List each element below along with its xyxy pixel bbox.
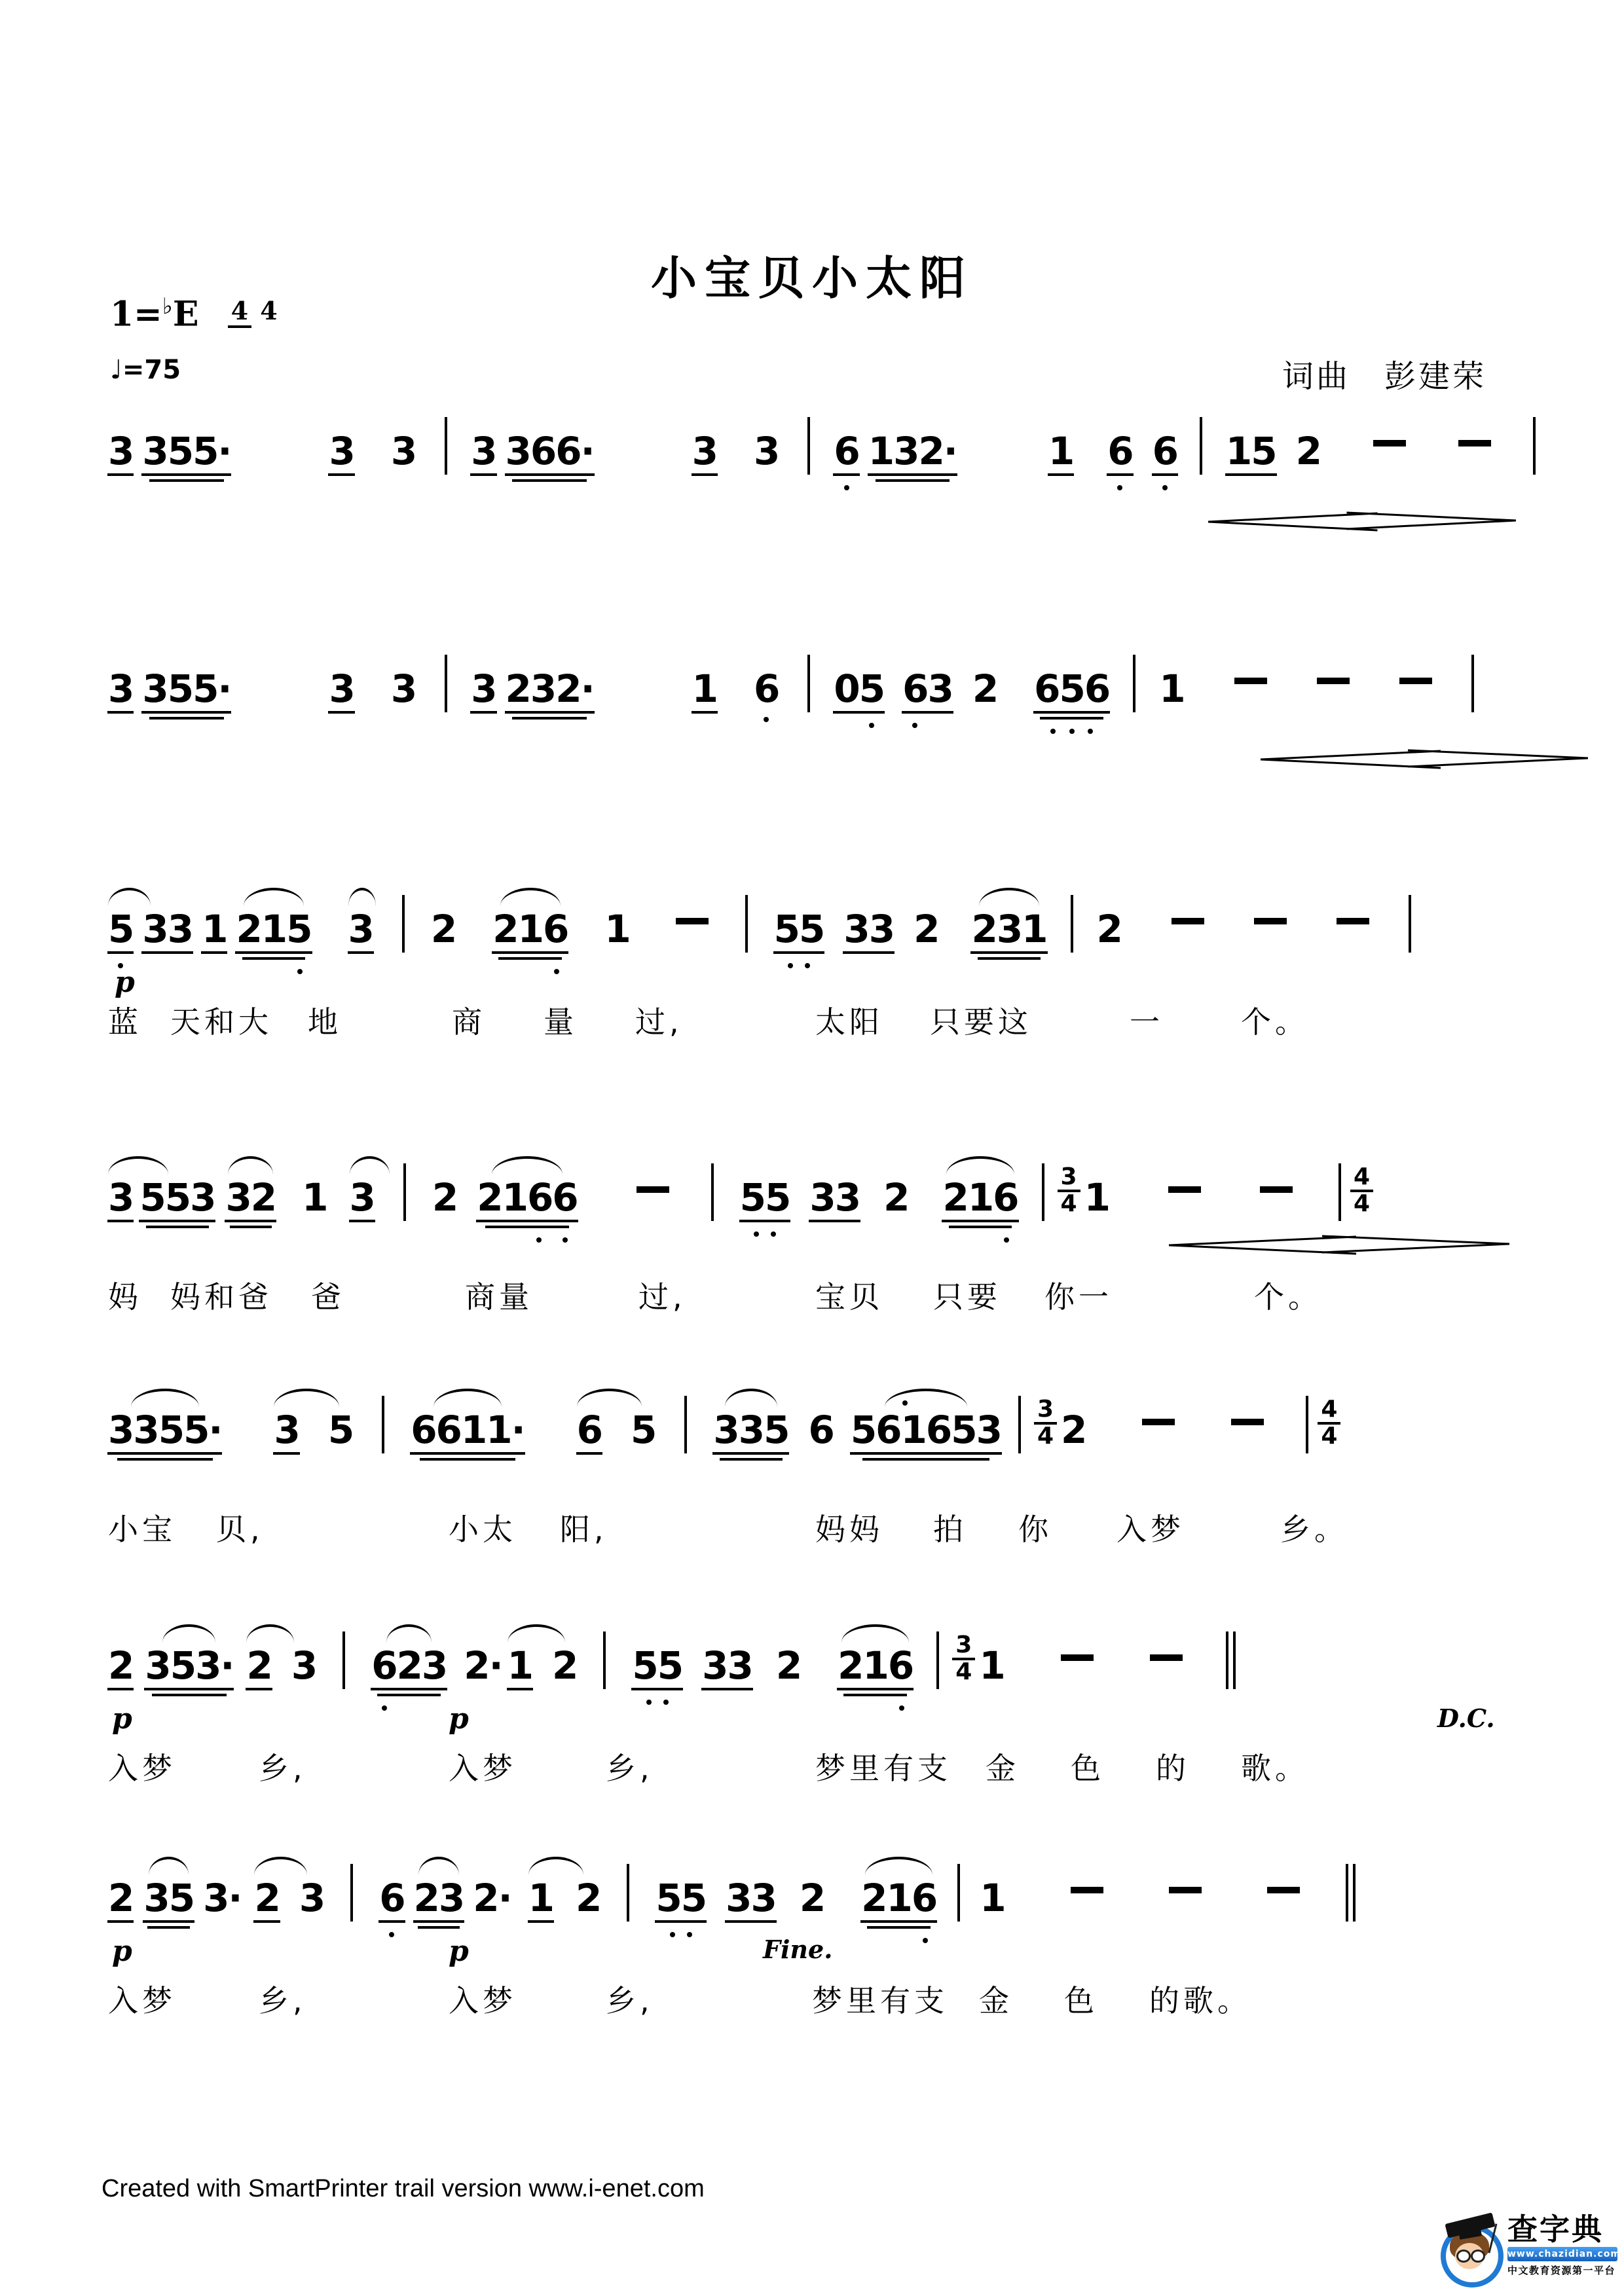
beam-underline (253, 1920, 280, 1923)
note-token: 2 (108, 1879, 133, 1917)
hairpin-dynamic (1261, 748, 1588, 771)
note-token: 216 (838, 1647, 913, 1685)
note-digits: 2 (913, 907, 938, 951)
note-token: 33 (726, 1879, 776, 1917)
note-token: 216 (942, 1178, 1018, 1216)
note-token: 1 (507, 1647, 532, 1685)
lyric: 你一 (1044, 1273, 1113, 1317)
lyric: 过, (635, 998, 683, 1042)
beam-underline (867, 1926, 931, 1929)
time-signature-change: 44 (1350, 1165, 1373, 1216)
sustain-dash (1260, 1186, 1293, 1193)
slur-arc (492, 1156, 562, 1175)
time-signature-change: 44 (1318, 1398, 1340, 1448)
note-token: 3 (299, 1879, 324, 1917)
lyric: 梦里有支 (812, 1977, 948, 2020)
lyric: 一 (1130, 998, 1164, 1042)
note-token: 55 (740, 1178, 790, 1216)
note-token: 132· (868, 432, 957, 470)
flat-icon: ♭ (162, 293, 173, 319)
note-token: 15 (1226, 432, 1276, 470)
note-digits: 231 (971, 907, 1046, 951)
beam-underline (631, 1688, 683, 1690)
slur-arc (946, 1156, 1014, 1175)
barline (1018, 1396, 1021, 1453)
note-digits: 6 (577, 1408, 602, 1452)
sustain-dash (1399, 678, 1432, 684)
double-barline (1226, 1631, 1236, 1689)
sustain-dash (1172, 918, 1204, 924)
lyric: 贝, (216, 1506, 264, 1549)
barline (603, 1631, 606, 1689)
barline (445, 417, 447, 475)
beam-underline (149, 717, 224, 720)
note-digits: 3 (329, 429, 354, 473)
beam-underline (902, 711, 953, 714)
beam-underline (107, 1220, 134, 1222)
beam-underline (868, 473, 957, 476)
barline (627, 1864, 629, 1922)
beam-underline (107, 711, 134, 714)
note-digits: 2 (246, 1643, 271, 1688)
ts-denominator: 4 (1058, 1192, 1080, 1216)
note-token: 32 (225, 1178, 276, 1216)
octave-dot-below (899, 1705, 904, 1711)
note-digits: 05 (834, 666, 884, 711)
note-token: 05 (834, 670, 884, 708)
fine-mark: Fine. (763, 1935, 832, 1964)
mascot-glasses-left (1456, 2250, 1471, 2263)
note-token: 33 (843, 910, 894, 948)
note-token: 2 (1097, 910, 1122, 948)
beam-underline (147, 1926, 189, 1929)
beam-underline (144, 1688, 234, 1690)
beam-underline (725, 1920, 777, 1923)
beam-underline (692, 711, 718, 714)
notes-row: 3355·356611·65335656165334244 (108, 1401, 1536, 1464)
note-token: 3· (203, 1879, 241, 1917)
beam-underline (378, 1920, 405, 1923)
note-token: 3 (692, 432, 717, 470)
slur-arc (228, 1156, 273, 1175)
ts-denominator: 4 (1034, 1425, 1057, 1449)
barline (350, 1864, 353, 1922)
note-token: 3 (329, 670, 354, 708)
note-digits: 216 (838, 1643, 913, 1688)
beam-underline (862, 1458, 989, 1461)
note-digits: 2 (576, 1876, 600, 1920)
note-digits: 55 (740, 1175, 790, 1220)
lyric: 乡。 (1280, 1506, 1348, 1549)
note-digits: 1 (604, 907, 629, 951)
sustain-dash (637, 1186, 669, 1193)
beam-underline (348, 951, 374, 954)
note-token: 1 (1159, 670, 1184, 708)
key-signature: 1=♭E 4 4 (110, 293, 278, 334)
beam-underline (833, 711, 885, 714)
notes-row: 3355·333232·16056326561 (108, 660, 1536, 723)
beam-underline (420, 1458, 515, 1461)
key-note: E (173, 294, 199, 334)
note-digits: 216 (942, 1175, 1018, 1220)
octave-dot-below (754, 1231, 759, 1237)
slur-arc (528, 1857, 583, 1875)
note-digits: 5 (631, 1408, 655, 1452)
note-token: 1 (604, 910, 629, 948)
note-digits: 3 (108, 666, 133, 711)
note-digits: 216 (492, 907, 568, 951)
sustain-dash (1071, 1887, 1103, 1893)
dynamic-p: p (112, 1935, 132, 1968)
octave-dot-below (923, 1938, 928, 1943)
beam-underline (576, 1452, 602, 1455)
ts-denominator: 4 (952, 1660, 975, 1685)
note-digits: 656 (1034, 666, 1109, 711)
note-digits: 35 (143, 1876, 194, 1920)
note-digits: 6 (754, 666, 779, 711)
note-digits: 15 (1226, 429, 1276, 473)
beam-underline (225, 1220, 276, 1222)
note-token: 216 (492, 910, 568, 948)
note-token: 3 (274, 1411, 299, 1449)
note-digits: 3 (274, 1408, 299, 1452)
barline (1471, 655, 1474, 712)
slur-arc (418, 1857, 458, 1875)
dynamic-p: p (115, 966, 135, 999)
note-token: 55 (774, 910, 824, 948)
beam-underline (507, 1688, 533, 1690)
note-token: 232· (506, 670, 594, 708)
note-token: 353· (145, 1647, 233, 1685)
lyric: 商 (452, 998, 486, 1042)
note-token: 1 (528, 1879, 553, 1917)
score-line-7: 2353·236232·12553322161入梦乡,入梦乡,梦里有支金色的歌。… (108, 1869, 1536, 2079)
barline (1133, 655, 1135, 712)
note-token: 5 (328, 1411, 353, 1449)
slur-arc (725, 1389, 778, 1407)
beam-underline (860, 1920, 937, 1923)
note-token: 1 (692, 670, 717, 708)
lyric: 入梦 (449, 1745, 517, 1788)
beam-underline (485, 1226, 570, 1228)
beam-underline (498, 957, 562, 960)
sustain-dash (1234, 678, 1267, 684)
tempo-marking: ♩=75 (110, 355, 181, 385)
note-token: 2 (576, 1879, 600, 1917)
lyric: 色 (1064, 1977, 1098, 2020)
note-digits: 1 (202, 907, 227, 951)
beam-underline (107, 1452, 222, 1455)
note-digits: 3 (291, 1643, 316, 1688)
octave-dot-below (663, 1700, 669, 1705)
time-signature-change: 34 (1034, 1398, 1057, 1448)
beam-underline (720, 1458, 783, 1461)
barline (402, 895, 405, 953)
ts-denominator: 4 (1318, 1425, 1340, 1449)
lyric: 地 (308, 998, 342, 1042)
octave-dot-below (1004, 1237, 1009, 1243)
note-token: 5 (108, 910, 133, 948)
sustain-dash (1373, 440, 1406, 446)
double-barline (1346, 1864, 1356, 1922)
beam-underline (377, 1694, 441, 1696)
beam-underline (1033, 711, 1110, 714)
beam-underline (492, 951, 568, 954)
note-token: 33 (809, 1178, 860, 1216)
beam-underline (470, 473, 496, 476)
dynamic-p: p (449, 1702, 469, 1736)
barline (957, 1864, 960, 1922)
beam-underline (476, 1220, 578, 1222)
note-token: 3 (391, 670, 416, 708)
note-token: 3 (471, 432, 496, 470)
note-token: 3355· (108, 1411, 221, 1449)
beam-underline (978, 957, 1041, 960)
beam-underline (505, 473, 595, 476)
time-signature-numerator: 4 (228, 296, 251, 328)
note-digits: 33 (843, 907, 894, 951)
note-digits: 3355· (108, 1408, 221, 1452)
note-token: 2· (473, 1879, 511, 1917)
note-token: 5 (631, 1411, 655, 1449)
note-digits: 6 (379, 1876, 404, 1920)
note-digits: 355· (142, 666, 231, 711)
slur-arc (274, 1389, 339, 1407)
beam-underline (692, 473, 718, 476)
barline (936, 1631, 939, 1689)
slur-arc (577, 1389, 642, 1407)
lyric: 妈和爸 (170, 1273, 272, 1317)
octave-dot-below (554, 969, 559, 974)
beam-underline (833, 473, 859, 476)
dc-mark: D.C. (1437, 1704, 1495, 1733)
note-token: 55 (632, 1647, 682, 1685)
score-line-6: 2353·236232·1255332216341入梦乡,入梦乡,梦里有支金色的… (108, 1637, 1536, 1846)
note-digits: 215 (236, 907, 311, 951)
octave-dot-below (844, 485, 849, 490)
note-token: 33 (142, 910, 193, 948)
barline (1042, 1163, 1044, 1221)
note-digits: 355· (142, 429, 231, 473)
note-token: 2 (800, 1879, 824, 1917)
composer-credit: 词曲 彭建荣 (1211, 351, 1486, 396)
lyric: 金 (986, 1745, 1020, 1788)
lyric: 乡, (606, 1745, 654, 1788)
lyric: 乡, (259, 1977, 306, 2020)
beam-underline (418, 1926, 460, 1929)
beam-underline (107, 1920, 134, 1923)
note-token: 2 (972, 670, 997, 708)
note-token: 2 (254, 1879, 279, 1917)
barline (711, 1163, 714, 1221)
lyric: 入梦 (449, 1977, 517, 2020)
note-token: 3 (391, 432, 416, 470)
note-digits: 1 (1084, 1175, 1109, 1220)
octave-dot-below (805, 963, 810, 968)
lyric: 乡, (606, 1977, 654, 2020)
note-digits: 3 (692, 429, 717, 473)
note-digits: 5 (108, 907, 133, 951)
note-token: 3 (329, 432, 354, 470)
lyric: 的 (1156, 1745, 1190, 1788)
note-digits: 2 (432, 1175, 457, 1220)
note-token: 3 (108, 432, 133, 470)
dynamic-p: p (449, 1935, 469, 1968)
lyric: 太阳 (815, 998, 883, 1042)
note-token: 355· (142, 670, 231, 708)
note-digits: 32 (225, 1175, 276, 1220)
barline (445, 655, 447, 712)
barline (1306, 1396, 1308, 1453)
note-digits: 1 (1048, 429, 1073, 473)
beam-underline (512, 717, 587, 720)
lyric: 小太 (449, 1506, 517, 1549)
beam-underline (349, 1220, 375, 1222)
note-digits: 1 (507, 1643, 532, 1688)
note-digits: 553 (139, 1175, 215, 1220)
note-token: 63 (902, 670, 953, 708)
note-token: 6 (834, 432, 858, 470)
note-digits: 2 (972, 666, 997, 711)
note-token: 2 (552, 1647, 577, 1685)
footer-credit: Created with SmartPrinter trail version … (101, 2175, 705, 2203)
lyric: 量 (544, 998, 578, 1042)
note-digits: 366· (506, 429, 594, 473)
quarter-note-icon: ♩ (110, 355, 122, 385)
note-digits: 5 (328, 1408, 353, 1452)
note-digits: 2· (473, 1876, 511, 1920)
logo-name: 查字典 (1507, 2214, 1617, 2244)
note-token: 6611· (411, 1411, 524, 1449)
lyric: 宝贝 (815, 1273, 883, 1317)
note-digits: 6 (834, 429, 858, 473)
dynamic-p: p (112, 1702, 132, 1736)
note-token: 35 (143, 1879, 194, 1917)
note-digits: 2166 (477, 1175, 577, 1220)
note-digits: 3 (350, 1175, 375, 1220)
note-token: 6 (808, 1411, 833, 1449)
logo-slogan: 中文教育资源第一平台 (1507, 2263, 1617, 2277)
octave-dot-below (646, 1700, 652, 1705)
logo-text-column: 查字典 www.chazidian.com 中文教育资源第一平台 (1507, 2214, 1617, 2277)
octave-dot-below (912, 723, 917, 728)
slur-arc (979, 888, 1039, 906)
beam-underline (837, 1688, 913, 1690)
beam-underline (107, 951, 134, 954)
chazidian-logo: 查字典 www.chazidian.com 中文教育资源第一平台 (1439, 2214, 1619, 2293)
score-line-4: 35533213221665533221634144妈妈和爸爸商量过,宝贝只要你… (108, 1169, 1536, 1378)
note-digits: 1 (980, 1876, 1005, 1920)
note-digits: 33 (726, 1876, 776, 1920)
note-token: 1 (979, 1647, 1004, 1685)
lyric: 商量 (465, 1273, 533, 1317)
beam-underline (246, 1688, 272, 1690)
note-digits: 623 (371, 1643, 447, 1688)
beam-underline (107, 1688, 134, 1690)
note-digits: 23 (414, 1876, 464, 1920)
note-digits: 3 (299, 1876, 324, 1920)
note-token: 6 (379, 1879, 404, 1917)
note-token: 2 (913, 910, 938, 948)
sustain-dash (1337, 918, 1369, 924)
note-digits: 1 (1159, 666, 1184, 711)
lyric: 阳, (560, 1506, 608, 1549)
note-digits: 3 (754, 429, 779, 473)
note-digits: 2 (1061, 1408, 1086, 1452)
note-token: 216 (861, 1879, 936, 1917)
beam-underline (712, 1452, 789, 1455)
note-digits: 33 (809, 1175, 860, 1220)
lyric: 的歌。 (1149, 1977, 1251, 2020)
hairpin-dynamic (1169, 1234, 1509, 1256)
beam-underline (1048, 473, 1074, 476)
octave-dot-below (389, 1932, 394, 1937)
note-token: 1 (1084, 1178, 1109, 1216)
logo-url-banner: www.chazidian.com (1507, 2247, 1617, 2261)
note-token: 3 (348, 910, 373, 948)
lyric: 个。 (1241, 998, 1309, 1042)
note-digits: 2 (1097, 907, 1122, 951)
tempo-value: =75 (122, 355, 181, 385)
lyric: 妈 (108, 1273, 142, 1317)
note-digits: 6 (808, 1408, 833, 1452)
beam-underline (146, 1226, 210, 1228)
note-digits: 216 (861, 1876, 936, 1920)
time-signature-denominator: 4 (260, 296, 277, 325)
beam-underline (942, 1220, 1018, 1222)
note-digits: 561653 (851, 1408, 1001, 1452)
note-token: 3 (350, 1178, 375, 1216)
octave-dot-below (1117, 485, 1122, 490)
sustain-dash (1169, 1887, 1202, 1893)
note-digits: 6 (1107, 429, 1132, 473)
beam-underline (371, 1688, 447, 1690)
note-digits: 335 (713, 1408, 788, 1452)
slur-arc (885, 1389, 968, 1407)
beam-underline (107, 473, 134, 476)
note-digits: 3 (108, 429, 133, 473)
beam-underline (1225, 473, 1277, 476)
beam-underline (242, 957, 306, 960)
octave-dot-below (1088, 729, 1093, 734)
slur-arc (131, 1389, 199, 1407)
note-digits: 1 (979, 1643, 1004, 1688)
slur-arc (108, 888, 151, 906)
notes-row: 2353·236232·12553322161 (108, 1869, 1536, 1932)
lyric: 歌。 (1241, 1745, 1309, 1788)
note-digits: 2 (108, 1643, 133, 1688)
beam-underline (141, 951, 193, 954)
sustain-dash (1231, 1419, 1264, 1425)
note-token: 2 (431, 910, 456, 948)
lyric: 拍 (933, 1506, 967, 1549)
lyric: 只要 (933, 1273, 1001, 1317)
notes-row: 3355·333366·336132·166152 (108, 422, 1536, 485)
lyric: 蓝 (108, 998, 142, 1042)
note-token: 335 (713, 1411, 788, 1449)
note-digits: 2 (108, 1876, 133, 1920)
note-digits: 33 (142, 907, 193, 951)
beam-underline (1152, 473, 1178, 476)
note-token: 6 (577, 1411, 602, 1449)
note-token: 55 (655, 1879, 706, 1917)
note-token: 2 (776, 1647, 801, 1685)
beam-underline (235, 951, 312, 954)
note-digits: 3 (471, 429, 496, 473)
octave-dot-below (788, 963, 793, 968)
beam-underline (843, 1694, 907, 1696)
sustain-dash (1168, 1186, 1201, 1193)
